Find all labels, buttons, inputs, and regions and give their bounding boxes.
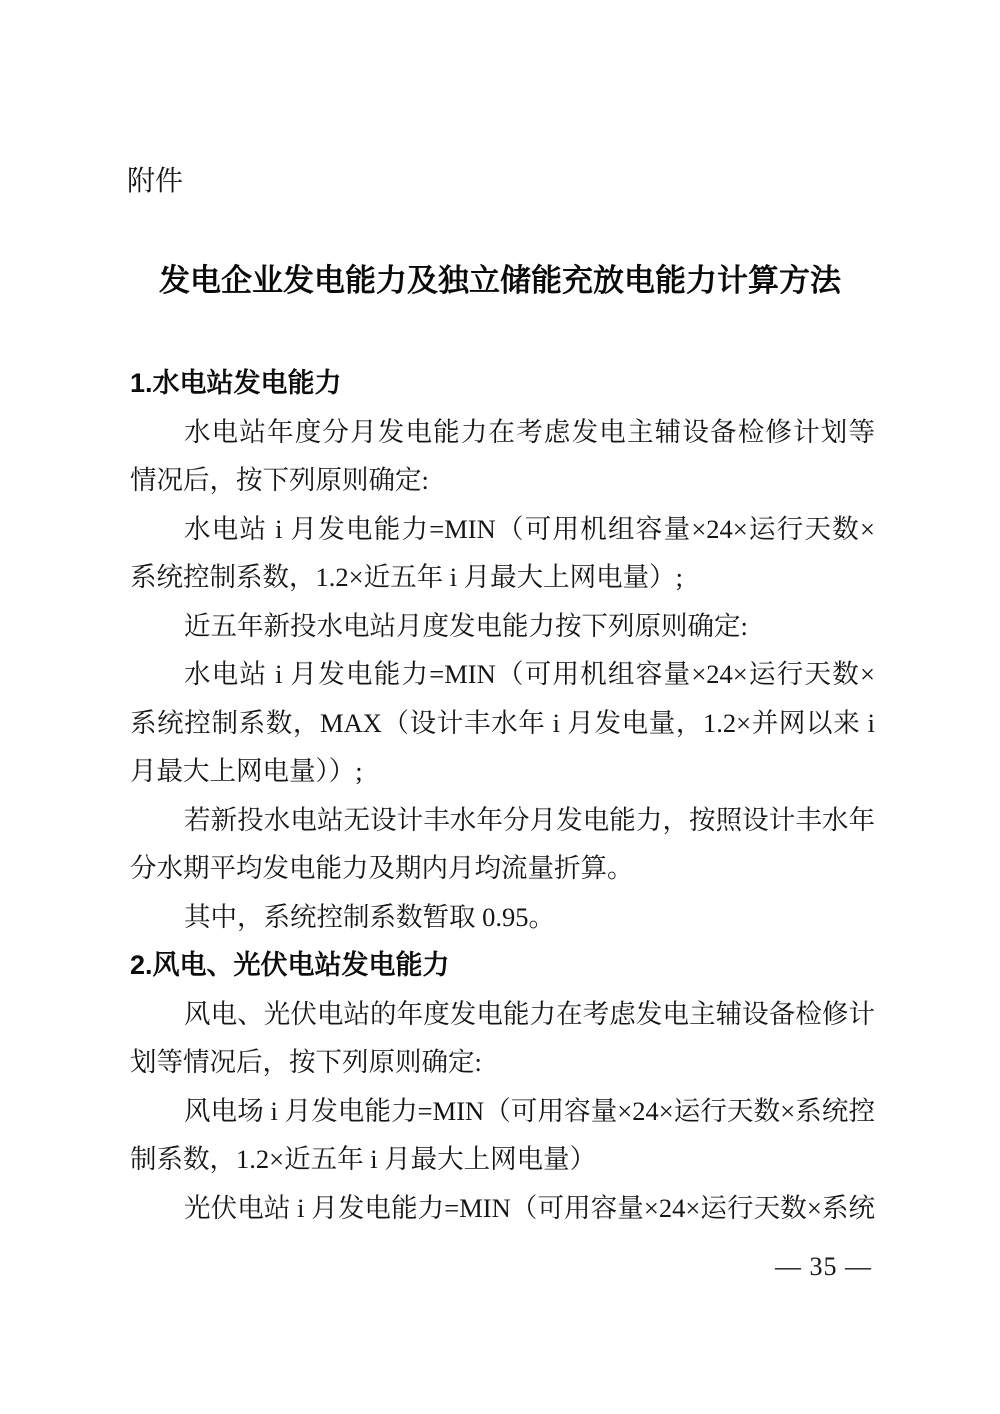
formula-line: 水电站 i 月发电能力=MIN（可用机组容量×24×运行天数×	[130, 650, 875, 699]
paragraph-line: 风电、光伏电站的年度发电能力在考虑发电主辅设备检修计	[130, 990, 875, 1039]
attachment-label: 附件	[127, 163, 183, 199]
paragraph-line: 分水期平均发电能力及期内月均流量折算。	[130, 844, 875, 893]
paragraph-line: 其中，系统控制系数暂取 0.95。	[130, 893, 875, 942]
paragraph-line: 水电站年度分月发电能力在考虑发电主辅设备检修计划等	[130, 408, 875, 457]
formula-line: 系统控制系数，1.2×近五年 i 月最大上网电量）;	[130, 553, 875, 602]
formula-line: 光伏电站 i 月发电能力=MIN（可用容量×24×运行天数×系统	[130, 1184, 875, 1233]
formula-line: 水电站 i 月发电能力=MIN（可用机组容量×24×运行天数×	[130, 505, 875, 554]
section-2-heading: 2.风电、光伏电站发电能力	[130, 941, 875, 990]
document-page: 附件 发电企业发电能力及独立储能充放电能力计算方法 1.水电站发电能力 水电站年…	[0, 0, 1000, 1414]
paragraph-line: 划等情况后，按下列原则确定:	[130, 1038, 875, 1087]
page-number: — 35 —	[775, 1252, 872, 1282]
section-1-heading: 1.水电站发电能力	[130, 359, 875, 408]
formula-line: 系统控制系数，MAX（设计丰水年 i 月发电量，1.2×并网以来 i	[130, 699, 875, 748]
formula-line: 制系数，1.2×近五年 i 月最大上网电量）	[130, 1135, 875, 1184]
paragraph-line: 若新投水电站无设计丰水年分月发电能力，按照设计丰水年	[130, 796, 875, 845]
paragraph-line: 近五年新投水电站月度发电能力按下列原则确定:	[130, 602, 875, 651]
document-title: 发电企业发电能力及独立储能充放电能力计算方法	[0, 258, 1000, 304]
paragraph-line: 情况后，按下列原则确定:	[130, 456, 875, 505]
document-body: 1.水电站发电能力 水电站年度分月发电能力在考虑发电主辅设备检修计划等 情况后，…	[130, 359, 875, 1232]
formula-line: 月最大上网电量））;	[130, 747, 875, 796]
formula-line: 风电场 i 月发电能力=MIN（可用容量×24×运行天数×系统控	[130, 1087, 875, 1136]
